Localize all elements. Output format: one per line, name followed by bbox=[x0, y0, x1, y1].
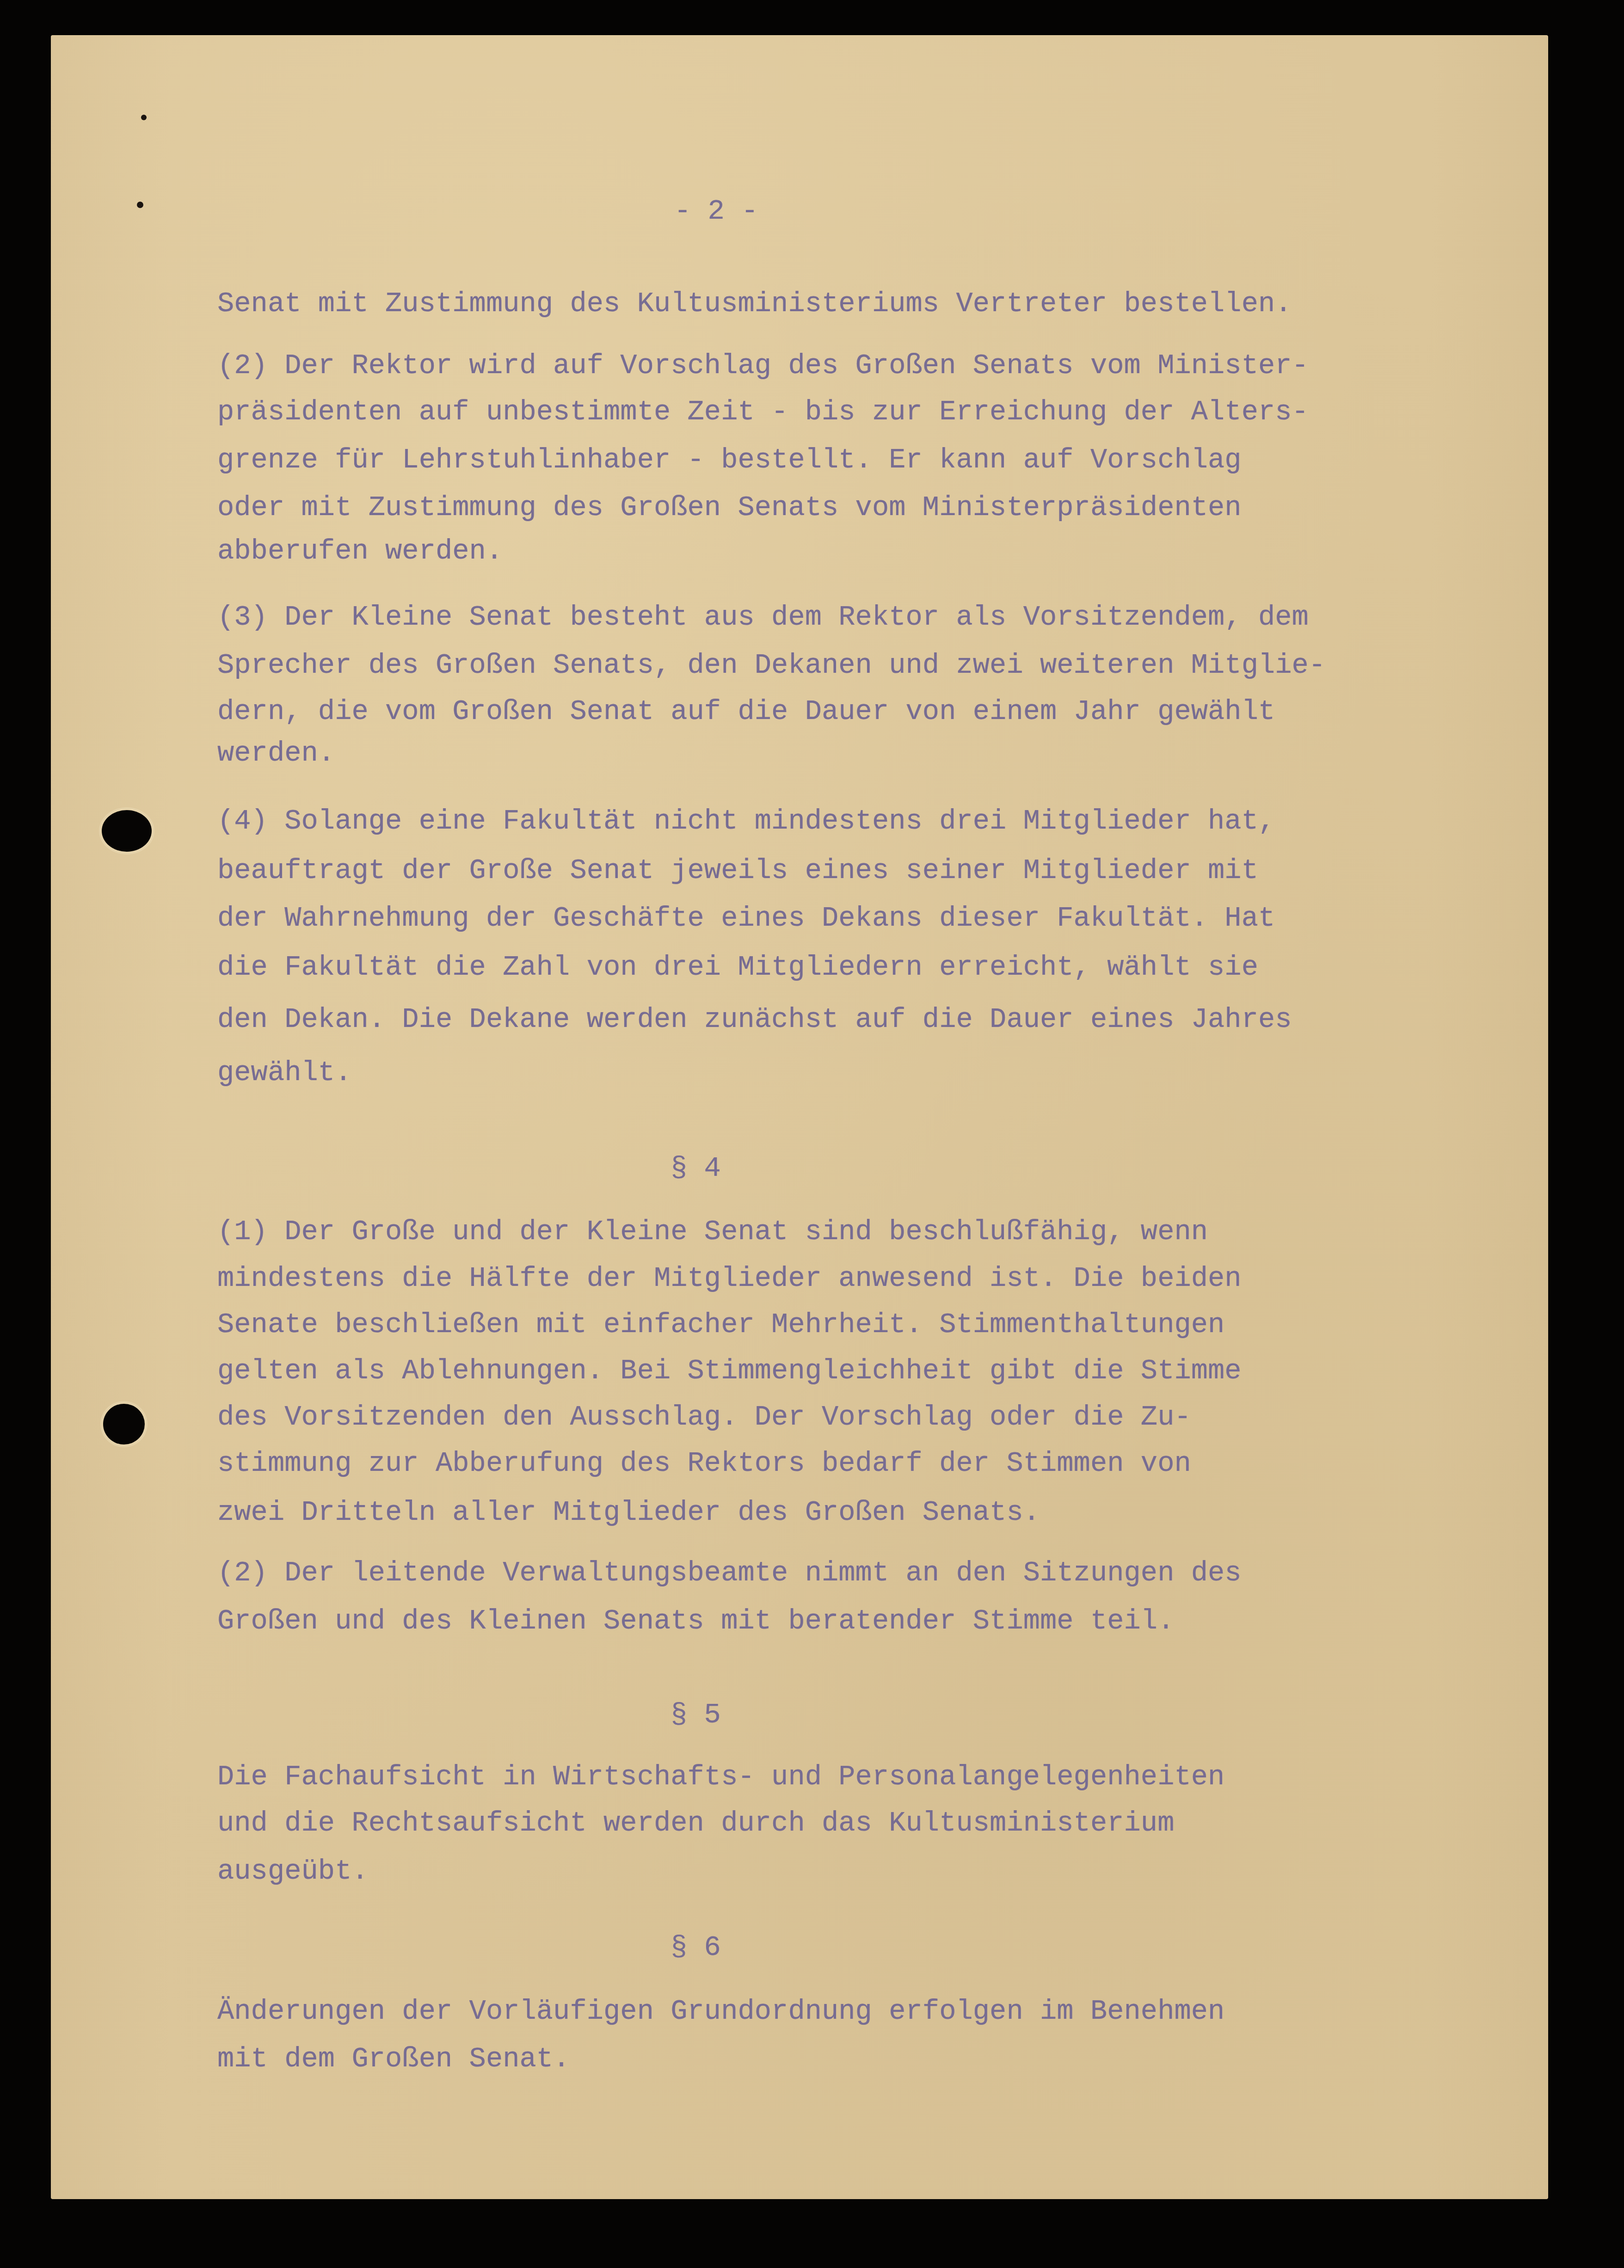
text-line: zwei Dritteln aller Mitglieder des Große… bbox=[217, 1499, 1040, 1527]
text-line: abberufen werden. bbox=[217, 538, 503, 566]
punch-hole-top bbox=[102, 810, 152, 852]
text-line: mit dem Großen Senat. bbox=[217, 2046, 570, 2074]
text-line: stimmung zur Abberufung des Rektors beda… bbox=[217, 1450, 1191, 1478]
margin-speck bbox=[137, 202, 143, 208]
text-line: und die Rechtsaufsicht werden durch das … bbox=[217, 1810, 1174, 1838]
text-line: (4) Solange eine Fakultät nicht mindeste… bbox=[217, 808, 1275, 836]
section-heading-4: § 4 bbox=[671, 1155, 721, 1183]
text-line: des Vorsitzenden den Ausschlag. Der Vors… bbox=[217, 1404, 1191, 1432]
text-line: die Fakultät die Zahl von drei Mitgliede… bbox=[217, 954, 1258, 982]
section-heading-6: § 6 bbox=[671, 1934, 721, 1962]
text-line: präsidenten auf unbestimmte Zeit - bis z… bbox=[217, 399, 1309, 427]
section-heading-5: § 5 bbox=[671, 1702, 721, 1730]
text-line: (2) Der Rektor wird auf Vorschlag des Gr… bbox=[217, 352, 1309, 381]
text-line: den Dekan. Die Dekane werden zunächst au… bbox=[217, 1006, 1292, 1034]
text-line: dern, die vom Großen Senat auf die Dauer… bbox=[217, 698, 1275, 726]
text-line: Senat mit Zustimmung des Kultusministeri… bbox=[217, 290, 1292, 319]
text-line: Großen und des Kleinen Senats mit berate… bbox=[217, 1608, 1174, 1636]
text-line: beauftragt der Große Senat jeweils eines… bbox=[217, 857, 1258, 885]
text-line: (3) Der Kleine Senat besteht aus dem Rek… bbox=[217, 604, 1309, 632]
text-line: ausgeübt. bbox=[217, 1858, 369, 1886]
text-line: (1) Der Große und der Kleine Senat sind … bbox=[217, 1218, 1208, 1247]
margin-speck bbox=[141, 115, 147, 120]
text-line: Sprecher des Großen Senats, den Dekanen … bbox=[217, 652, 1325, 680]
text-line: gewählt. bbox=[217, 1059, 351, 1088]
page-number: - 2 - bbox=[674, 198, 758, 226]
text-line: oder mit Zustimmung des Großen Senats vo… bbox=[217, 494, 1242, 522]
punch-hole-bottom bbox=[103, 1404, 145, 1444]
text-line: Senate beschließen mit einfacher Mehrhei… bbox=[217, 1311, 1224, 1340]
text-line: mindestens die Hälfte der Mitglieder anw… bbox=[217, 1265, 1242, 1293]
text-line: Änderungen der Vorläufigen Grundordnung … bbox=[217, 1998, 1224, 2026]
text-line: grenze für Lehrstuhlinhaber - bestellt. … bbox=[217, 447, 1242, 475]
text-line: gelten als Ablehnungen. Bei Stimmengleic… bbox=[217, 1358, 1242, 1386]
text-line: Die Fachaufsicht in Wirtschafts- und Per… bbox=[217, 1764, 1224, 1792]
text-line: werden. bbox=[217, 740, 335, 768]
text-line: (2) Der leitende Verwaltungsbeamte nimmt… bbox=[217, 1560, 1242, 1588]
text-line: der Wahrnehmung der Geschäfte eines Deka… bbox=[217, 905, 1275, 933]
